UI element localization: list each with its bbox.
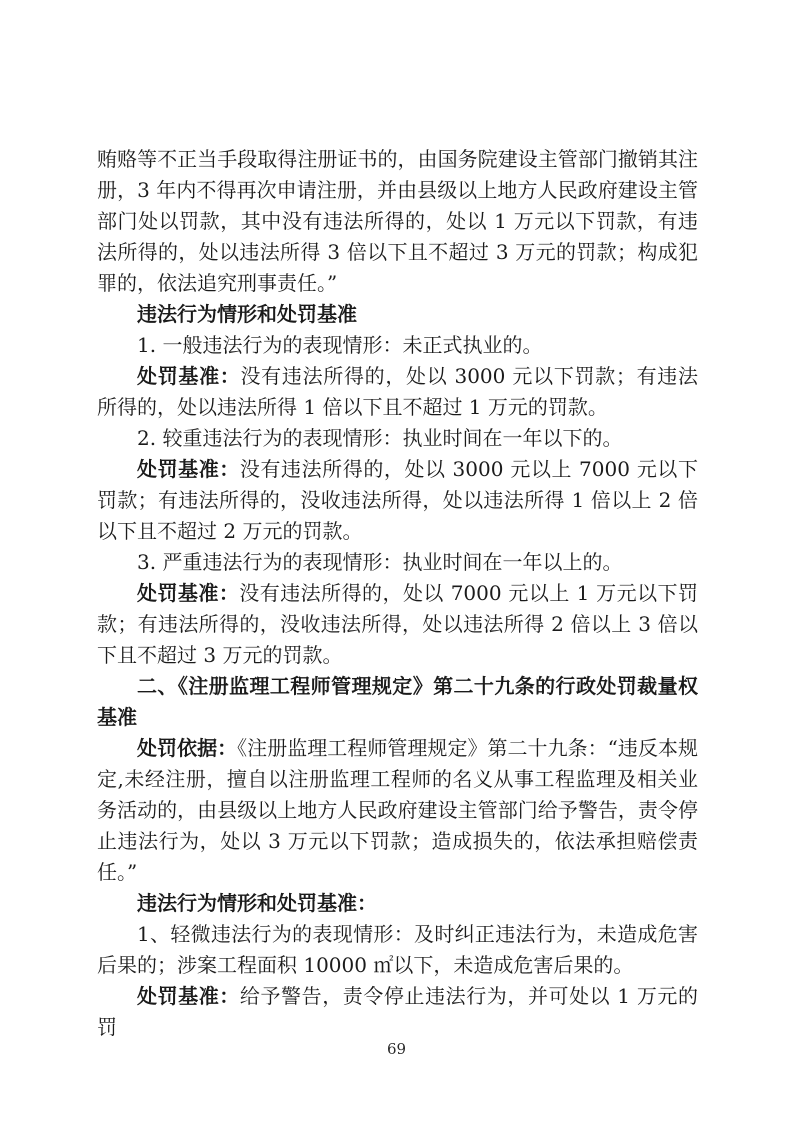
section-heading: 二、《注册监理工程师管理规定》第二十九条的行政处罚裁量权基准	[97, 671, 698, 733]
paragraph: 2. 较重违法行为的表现情形：执业时间在一年以下的。	[97, 423, 698, 454]
paragraph: 1. 一般违法行为的表现情形：未正式执业的。	[97, 330, 698, 361]
paragraph: 处罚基准：没有违法所得的，处以 3000 元以下罚款；有违法所得的，处以违法所得…	[97, 361, 698, 423]
paragraph: 处罚基准：给予警告，责令停止违法行为，并可处以 1 万元的罚	[97, 981, 698, 1043]
paragraph: 处罚依据：《注册监理工程师管理规定》第二十九条：“违反本规定,未经注册，擅自以注…	[97, 733, 698, 888]
document-page: 贿赂等不正当手段取得注册证书的，由国务院建设主管部门撤销其注册，3 年内不得再次…	[0, 0, 793, 1122]
paragraph: 3. 严重违法行为的表现情形：执业时间在一年以上的。	[97, 547, 698, 578]
paragraph: 处罚基准：没有违法所得的，处以 7000 元以上 1 万元以下罚款；有违法所得的…	[97, 578, 698, 671]
run-in-bold-label: 处罚基准：	[137, 984, 240, 1008]
paragraph: 处罚基准：没有违法所得的，处以 3000 元以上 7000 元以下罚款；有违法所…	[97, 454, 698, 547]
document-content: 贿赂等不正当手段取得注册证书的，由国务院建设主管部门撤销其注册，3 年内不得再次…	[97, 144, 698, 1043]
run-in-bold-label: 处罚基准：	[137, 581, 239, 605]
run-in-bold-label: 处罚依据：	[137, 736, 237, 760]
paragraph: 贿赂等不正当手段取得注册证书的，由国务院建设主管部门撤销其注册，3 年内不得再次…	[97, 144, 698, 299]
run-in-bold-label: 处罚基准：	[137, 457, 240, 481]
section-heading: 违法行为情形和处罚基准：	[97, 888, 698, 919]
run-in-bold-label: 处罚基准：	[137, 364, 240, 388]
page-number: 69	[0, 1040, 793, 1058]
paragraph: 1、轻微违法行为的表现情形：及时纠正违法行为，未造成危害后果的；涉案工程面积 1…	[97, 919, 698, 981]
section-heading: 违法行为情形和处罚基准	[97, 299, 698, 330]
